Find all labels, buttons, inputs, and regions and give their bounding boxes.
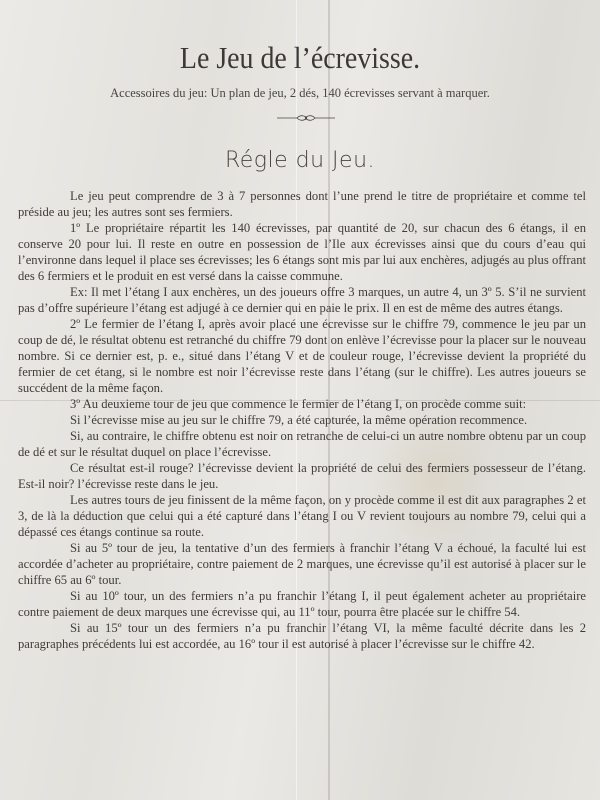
paragraph-rule-1: 1º Le propriétaire répartit les 140 écre… <box>18 220 586 284</box>
ornamental-divider-icon <box>277 114 335 122</box>
section-heading: Régle du Jeu. <box>0 148 600 173</box>
document-subtitle: Accessoires du jeu: Un plan de jeu, 2 dé… <box>0 86 600 101</box>
paragraph-captured: Si l’écrevisse mise au jeu sur le chiffr… <box>18 412 586 428</box>
paragraph-turn-15: Si au 15º tour un des fermiers n’a pu fr… <box>18 620 586 652</box>
paragraph-result: Ce résultat est-il rouge? l’écrevisse de… <box>18 460 586 492</box>
paragraph-turn-5: Si au 5º tour de jeu, la tentative d’un … <box>18 540 586 588</box>
paragraph-other-turns: Les autres tours de jeu finissent de la … <box>18 492 586 540</box>
document-page: Le Jeu de l’écrevisse. Accessoires du je… <box>0 0 600 800</box>
paragraph-rule-2: 2º Le fermier de l’étang I, après avoir … <box>18 316 586 396</box>
paragraph-rule-3: 3º Au deuxieme tour de jeu que commence … <box>18 396 586 412</box>
paragraph-contrary: Si, au contraire, le chiffre obtenu est … <box>18 428 586 460</box>
paragraph-example: Ex: Il met l’étang I aux enchères, un de… <box>18 284 586 316</box>
document-title: Le Jeu de l’écrevisse. <box>30 40 570 76</box>
paragraph-intro: Le jeu peut comprendre de 3 à 7 personne… <box>18 188 586 220</box>
paragraph-turn-10: Si au 10º tour, un des fermiers n’a pu f… <box>18 588 586 620</box>
rules-body: Le jeu peut comprendre de 3 à 7 personne… <box>18 188 586 652</box>
